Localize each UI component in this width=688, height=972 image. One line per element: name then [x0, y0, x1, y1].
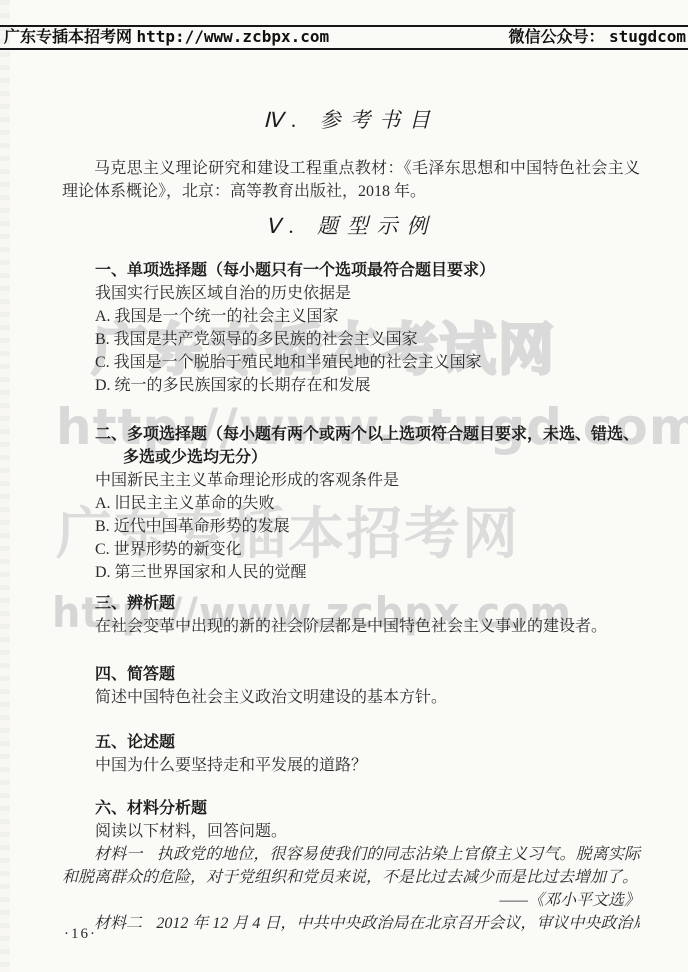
question-section-3: 三、辨析题 在社会变革中出现的新的社会阶层都是中国特色社会主义事业的建设者。	[95, 592, 640, 638]
page-header: 广东专插本招考网 http://www.zcbpx.com 微信公众号： stu…	[4, 27, 686, 48]
section-heading: 五、论述题	[95, 731, 640, 754]
section-heading: 六、材料分析题	[95, 797, 640, 820]
section-heading: 四、简答题	[95, 663, 640, 686]
question-stem: 在社会变革中出现的新的社会阶层都是中国特色社会主义事业的建设者。	[95, 615, 640, 638]
reference-books-text: 马克思主义理论研究和建设工程重点教材：《毛泽东思想和中国特色社会主义理论体系概论…	[62, 157, 640, 203]
scanned-document-page: 广东专插本考试网 http://www.stugd.com 广东专插本招考网 h…	[0, 0, 688, 972]
header-site-url: http://www.zcbpx.com	[136, 27, 329, 46]
material-2-label: 材料二	[94, 915, 142, 932]
option-a: A. 我国是一个统一的社会主义国家	[95, 305, 640, 328]
question-section-5: 五、论述题 中国为什么要坚持走和平发展的道路？	[95, 731, 640, 777]
material-1-label: 材料一	[94, 846, 142, 863]
question-stem: 简述中国特色社会主义政治文明建设的基本方针。	[95, 686, 640, 709]
question-stem: 我国实行民族区域自治的历史依据是	[95, 282, 640, 305]
material-1-source: ——《邓小平文选》	[62, 889, 640, 912]
material-2: 材料二2012 年 12 月 4 日，中共中央政治局在北京召开会议，审议中央政治…	[62, 912, 640, 935]
question-section-6: 六、材料分析题 阅读以下材料，回答问题。	[95, 797, 640, 843]
document-body: Ⅳ. 参考书目 马克思主义理论研究和建设工程重点教材：《毛泽东思想和中国特色社会…	[62, 95, 640, 935]
question-stem: 中国新民主主义革命理论形成的客观条件是	[95, 469, 640, 492]
header-site-name: 广东专插本招考网	[4, 29, 132, 46]
page-number: ·16·	[64, 926, 97, 943]
header-site: 广东专插本招考网 http://www.zcbpx.com	[4, 27, 329, 48]
question-section-1: 一、单项选择题（每小题只有一个选项最符合题目要求） 我国实行民族区域自治的历史依…	[95, 259, 640, 397]
option-c: C. 我国是一个脱胎于殖民地和半殖民地的社会主义国家	[95, 351, 640, 374]
question-section-2: 二、多项选择题（每小题有两个或两个以上选项符合题目要求，未选、错选、多选或少选均…	[95, 423, 640, 584]
section-heading: 二、多项选择题（每小题有两个或两个以上选项符合题目要求，未选、错选、多选或少选均…	[95, 423, 640, 469]
material-1: 材料一执政党的地位，很容易使我们的同志沾染上官僚主义习气。脱离实际和脱离群众的危…	[62, 843, 640, 889]
reference-books-title: Ⅳ. 参考书目	[62, 105, 640, 135]
section-heading: 三、辨析题	[95, 592, 640, 615]
question-stem: 中国为什么要坚持走和平发展的道路？	[95, 754, 640, 777]
option-a: A. 旧民主主义革命的失败	[95, 492, 640, 515]
sample-questions-title: Ⅴ. 题型示例	[62, 211, 640, 241]
header-rule-bottom	[0, 48, 688, 50]
option-c: C. 世界形势的新变化	[95, 538, 640, 561]
scan-edge-texture	[0, 0, 10, 972]
option-b: B. 我国是共产党领导的多民族的社会主义国家	[95, 328, 640, 351]
option-d: D. 第三世界国家和人民的觉醒	[95, 561, 640, 584]
option-b: B. 近代中国革命形势的发展	[95, 515, 640, 538]
header-wechat-label: 微信公众号：	[508, 29, 604, 46]
header-wechat: 微信公众号： stugdcom	[508, 27, 686, 48]
material-2-text: 2012 年 12 月 4 日，中共中央政治局在北京召开会议，审议中央政治局关于…	[156, 915, 640, 932]
question-section-4: 四、简答题 简述中国特色社会主义政治文明建设的基本方针。	[95, 663, 640, 709]
section-heading: 一、单项选择题（每小题只有一个选项最符合题目要求）	[95, 259, 640, 282]
header-wechat-account: stugdcom	[609, 27, 686, 46]
question-stem: 阅读以下材料，回答问题。	[95, 820, 640, 843]
material-1-text: 执政党的地位，很容易使我们的同志沾染上官僚主义习气。脱离实际和脱离群众的危险，对…	[62, 846, 640, 886]
option-d: D. 统一的多民族国家的长期存在和发展	[95, 374, 640, 397]
